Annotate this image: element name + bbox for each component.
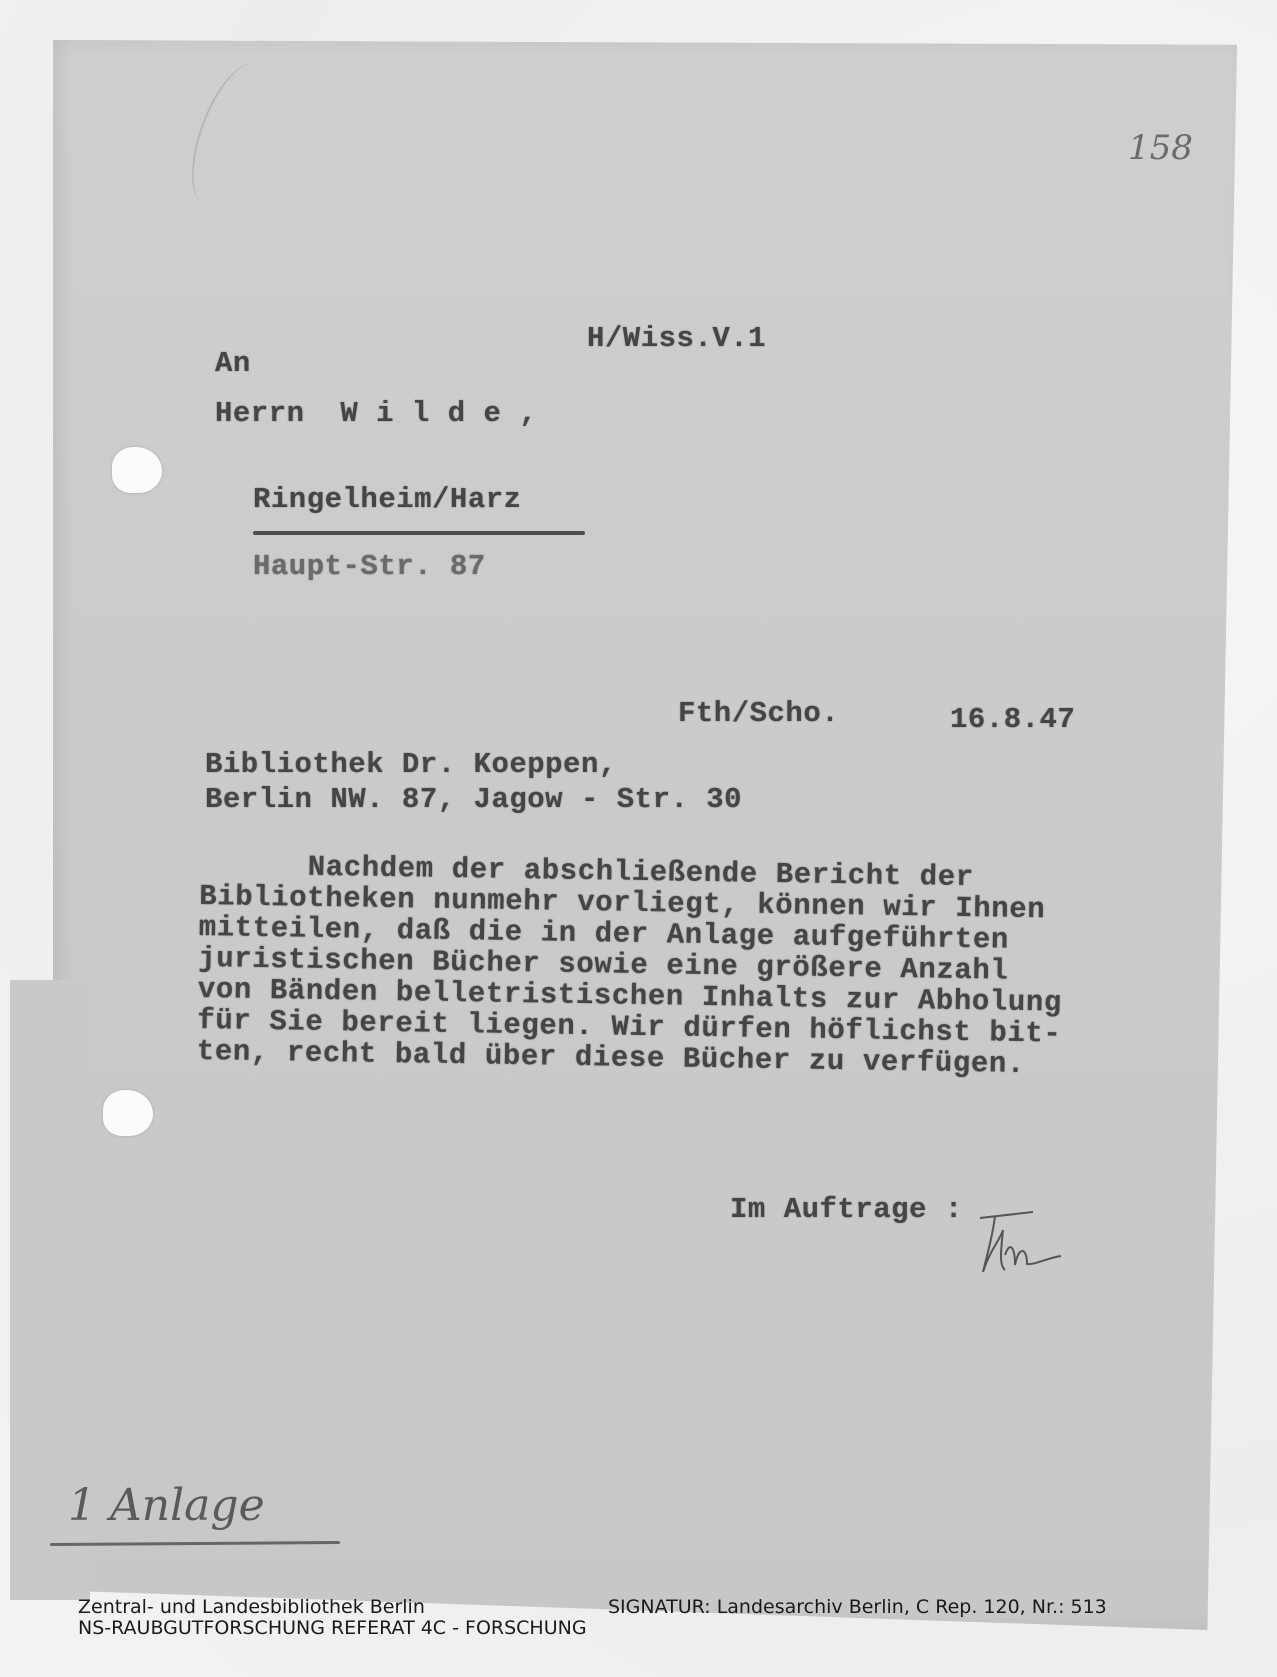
letter-sheet xyxy=(53,40,1237,1630)
handwritten-annex-note: 1 Anlage xyxy=(68,1480,265,1531)
handwritten-page-number: 158 xyxy=(1128,128,1193,168)
signature-mark xyxy=(975,1210,1065,1280)
punch-hole-bottom xyxy=(103,1090,153,1136)
letter-body: Nachdem der abschließende Bericht der Bi… xyxy=(197,850,1200,1083)
closing-phrase: Im Auftrage : xyxy=(730,1193,963,1226)
city-underline xyxy=(253,531,585,535)
recipient-city: Ringelheim/Harz xyxy=(253,483,522,516)
letter-date: 16.8.47 xyxy=(950,703,1075,736)
punch-hole-top xyxy=(112,447,162,493)
sender-line-2: Berlin NW. 87, Jagow - Str. 30 xyxy=(205,783,742,816)
recipient-name: Herrn W i l d e , xyxy=(215,397,537,430)
recipient-salutation: An xyxy=(215,347,251,380)
file-reference: H/Wiss.V.1 xyxy=(587,322,766,355)
recipient-street: Haupt-Str. 87 xyxy=(253,550,486,583)
footer-institution: Zentral- und Landesbibliothek Berlin xyxy=(78,1597,608,1618)
reference-code: Fth/Scho. xyxy=(678,697,839,730)
footer-signatur: SIGNATUR: Landesarchiv Berlin, C Rep. 12… xyxy=(608,1597,1107,1618)
footer-department: NS-RAUBGUTFORSCHUNG REFERAT 4C - FORSCHU… xyxy=(78,1618,587,1639)
sender-line-1: Bibliothek Dr. Koeppen, xyxy=(205,748,617,781)
archive-footer: Zentral- und Landesbibliothek Berlin SIG… xyxy=(78,1597,1208,1639)
